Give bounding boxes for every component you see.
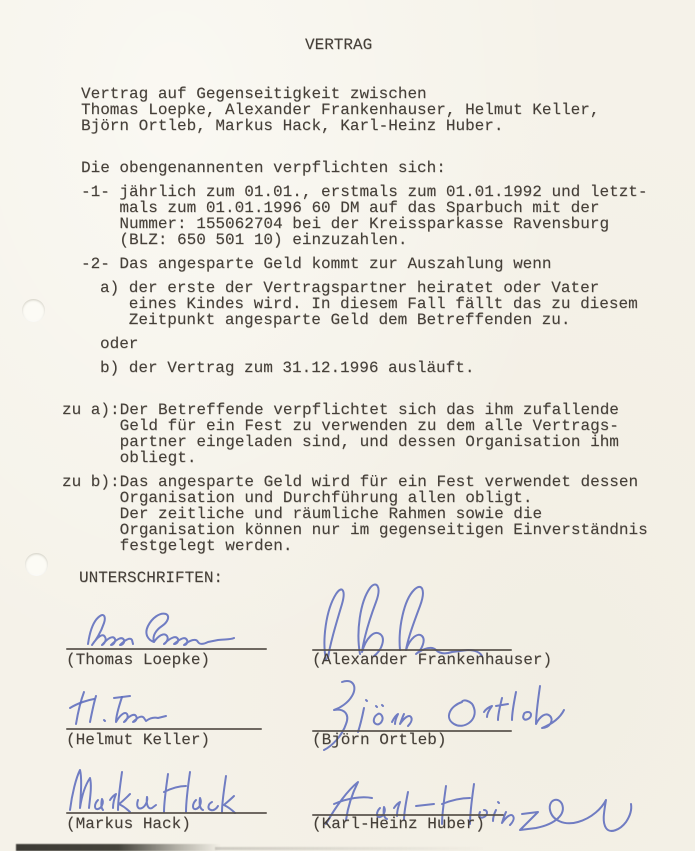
scanned-contract-page: VERTRAG Vertrag auf Gegenseitigkeit zwis…: [0, 0, 695, 851]
signature-thomas-loepke: [84, 604, 244, 652]
pledge-header: Die obengenannenten verpflichten sich:: [81, 160, 446, 176]
or-word: oder: [100, 336, 138, 352]
zu-a-paragraph: zu a):Der Betreffende verpflichtet sich …: [62, 402, 619, 466]
zu-b-paragraph: zu b):Das angesparte Geld wird für ein F…: [62, 474, 648, 554]
contract-parties: Vertrag auf Gegenseitigkeit zwischen Tho…: [81, 86, 599, 134]
signer-label: (Markus Hack): [66, 816, 191, 832]
signature-markus-hack: [64, 764, 244, 816]
scan-artifact-strip: [16, 844, 221, 851]
clause-2b: b) der Vertrag zum 31.12.1996 ausläuft.: [100, 360, 474, 376]
punch-hole-bottom: [25, 553, 48, 576]
signer-label: (Alexander Frankenhauser): [312, 652, 552, 668]
clause-2a: a) der erste der Vertragspartner heirate…: [100, 280, 638, 328]
signature-line: [66, 648, 267, 650]
signer-label: (Björn Ortleb): [312, 732, 446, 748]
punch-hole-top: [22, 299, 45, 322]
signature-helmut-keller: [66, 686, 186, 730]
clause-2: -2- Das angesparte Geld kommt zur Auszah…: [81, 256, 551, 272]
signer-label: (Karl-Heinz Huber): [312, 816, 485, 832]
signer-label: (Thomas Loepke): [66, 652, 210, 668]
signature-line: [66, 812, 267, 814]
signatures-header: UNTERSCHRIFTEN:: [79, 570, 223, 586]
scan-artifact-strip-faint: [215, 847, 485, 850]
signer-label: (Helmut Keller): [66, 732, 210, 748]
signature-line: [66, 728, 262, 730]
contract-title: VERTRAG: [305, 37, 372, 53]
clause-1: -1- jährlich zum 01.01., erstmals zum 01…: [81, 184, 648, 248]
